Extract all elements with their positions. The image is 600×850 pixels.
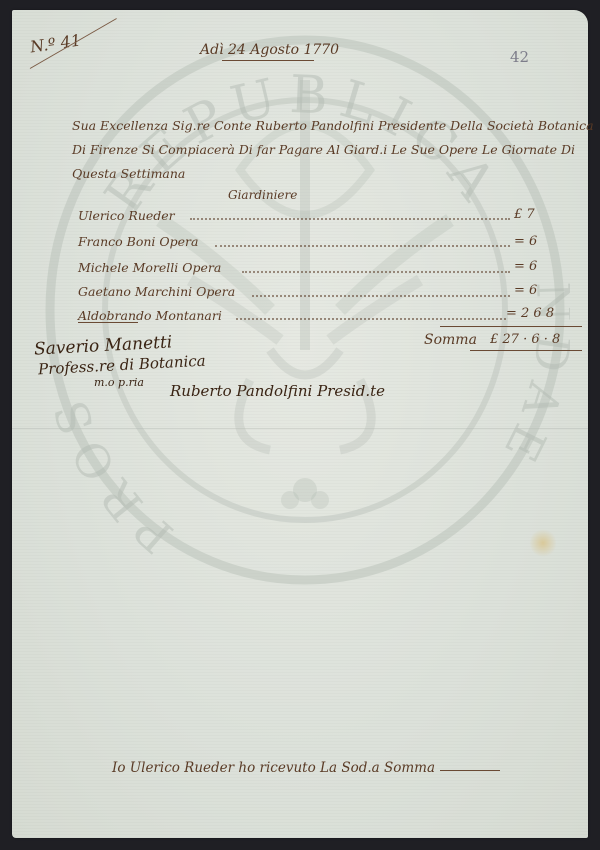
- entry-name-4: Gaetano Marchini Opera: [78, 284, 235, 299]
- date-line: Adì 24 Agosto 1770: [200, 42, 339, 58]
- entry-amount-3: = 6: [514, 259, 537, 274]
- total-rule-bottom: [470, 350, 582, 351]
- entry-amount-5: = 2 6 8: [506, 306, 554, 321]
- folio-number: 42: [510, 48, 529, 66]
- signature-manetti-note: m.o p.ria: [94, 376, 144, 389]
- section-heading: Giardiniere: [228, 188, 297, 202]
- entry-name-1: Ulerico Rueder: [78, 208, 175, 223]
- entry-name-2: Franco Boni Opera: [78, 234, 198, 249]
- receipt-line: Io Ulerico Rueder ho ricevuto La Sod.a S…: [112, 760, 435, 776]
- entry-leader-4: [252, 295, 510, 297]
- entry-leader-3: [242, 271, 510, 273]
- entry-leader-2: [215, 245, 510, 247]
- total-rule-top: [440, 326, 582, 327]
- list-end-stroke: [78, 322, 138, 323]
- entry-name-3: Michele Morelli Opera: [78, 260, 221, 275]
- entry-amount-1: £ 7: [514, 207, 535, 222]
- body-line-2: Di Firenze Si Compiacerà Di far Pagare A…: [72, 142, 575, 157]
- date-underline: [222, 60, 314, 61]
- signature-pandolfini: Ruberto Pandolfini Presid.te: [170, 382, 385, 400]
- total-label: Somma: [424, 332, 477, 348]
- entry-leader-5: [236, 318, 506, 320]
- entry-name-5: Aldobrando Montanari: [78, 308, 222, 323]
- entry-leader-1: [190, 218, 510, 220]
- entry-amount-4: = 6: [514, 283, 537, 298]
- total-amount: £ 27 · 6 · 8: [490, 332, 560, 347]
- receipt-tail-stroke: [440, 770, 500, 771]
- body-line-1: Sua Excellenza Sig.re Conte Ruberto Pand…: [72, 118, 594, 133]
- paper-stain: [530, 528, 556, 558]
- body-line-3: Questa Settimana: [72, 166, 185, 181]
- paper-fold-line: [12, 428, 588, 429]
- document-sheet: [12, 10, 588, 838]
- entry-amount-2: = 6: [514, 234, 537, 249]
